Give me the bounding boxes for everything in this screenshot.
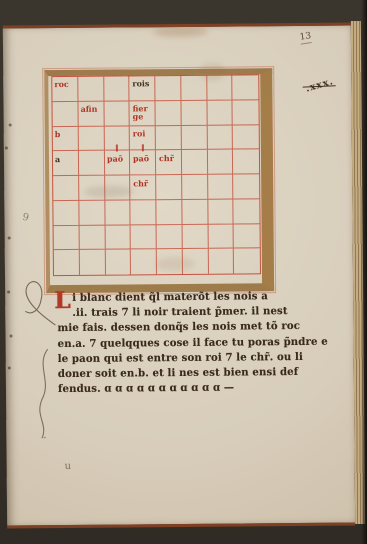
book-photograph: 13 .xxx. 9 L u rocroisafinfier gebroiapa… (0, 0, 367, 544)
piece-label: b (55, 131, 61, 139)
gutter-speck (8, 366, 11, 369)
piece-label: chr̃ (159, 155, 174, 163)
body-text-line: i blanc dient q̃l materõt les nois a (72, 290, 268, 304)
piece-label: a (55, 156, 60, 164)
board-cell (104, 76, 130, 101)
board-cell (78, 126, 104, 151)
board-cell (155, 101, 181, 126)
board-cell (181, 76, 207, 101)
board-cell (182, 150, 208, 175)
board-cell (181, 100, 207, 125)
piece-label: paō (107, 155, 123, 163)
board-cell (131, 249, 157, 274)
board-cell (79, 151, 105, 176)
board-cell (234, 249, 260, 274)
piece-label: roc (54, 81, 68, 89)
folio-number: 13 (299, 31, 312, 45)
body-text-line: en.a. 7 quelqques cose il face tu poras … (58, 336, 328, 350)
board-cell (54, 225, 80, 250)
gutter-speck (9, 123, 12, 126)
gutter-speck (5, 146, 8, 149)
board-cell (208, 199, 234, 224)
piece-label: chr̃ (133, 180, 148, 188)
decorated-initial: L (54, 289, 70, 312)
board-cell (80, 250, 106, 275)
gutter-speck (10, 334, 13, 337)
pencil-mark: u (65, 461, 72, 472)
board-cell (157, 224, 183, 249)
board-cell (234, 199, 260, 224)
margin-numeral: 9 (21, 212, 29, 224)
piece-label: fier ge (133, 105, 148, 120)
board-cell (79, 200, 105, 225)
board-cell (79, 225, 105, 250)
board-cell (233, 100, 259, 125)
board-cell (155, 76, 181, 101)
pen-flourish (11, 253, 61, 438)
board-cell (181, 125, 207, 150)
quire-mark: .xxx. (304, 76, 335, 95)
board-cell (131, 225, 157, 250)
board-cell (233, 150, 259, 175)
binding-shadow (361, 0, 367, 544)
board-cell (207, 150, 233, 175)
board-cell (182, 224, 208, 249)
body-text-line: fendus. ɑ ɑ ɑ ɑ ɑ ɑ ɑ ɑ ɑ ɑ ɑ — (58, 382, 234, 396)
board-cell (53, 201, 79, 226)
board-cell (208, 175, 234, 200)
piece-label: roi (133, 130, 146, 138)
board-cell (233, 125, 259, 150)
gutter-speck (7, 290, 10, 293)
board-cell (105, 250, 131, 275)
board-cell (208, 224, 234, 249)
board-cell (131, 200, 157, 225)
body-text-line: .ii. trais 7 li noir traient p̃mer. il n… (72, 305, 287, 319)
board-cell (52, 102, 78, 127)
board-cell (233, 174, 259, 199)
board-cell (105, 200, 131, 225)
gutter-speck (8, 236, 11, 239)
grid-tick-mark (116, 145, 118, 152)
board-cell (234, 224, 260, 249)
board-cell (182, 175, 208, 200)
board-cell (156, 125, 182, 150)
piece-label: paō (133, 155, 149, 163)
board-cell (78, 77, 104, 102)
body-text-line: doner soit en.b. et li nes est bien ensi… (58, 366, 298, 380)
board-cell (53, 176, 79, 201)
piece-label: afin (81, 106, 98, 114)
piece-label: rois (132, 80, 149, 88)
body-text-line: mie fais. dessen donq̃s les nois met tõ … (57, 320, 300, 334)
board-cell (207, 125, 233, 150)
body-text-line: le paon qui est entre son roi 7 le chr̃.… (58, 351, 303, 365)
board-cell (207, 100, 233, 125)
board-cell (156, 175, 182, 200)
board-cell (105, 225, 131, 250)
board-cell (104, 101, 130, 126)
board-cell (208, 249, 234, 274)
board-cell (182, 199, 208, 224)
parchment-stain (153, 27, 208, 37)
manuscript-page: 13 .xxx. 9 L u rocroisafinfier gebroiapa… (3, 22, 355, 528)
board-cell (233, 75, 259, 100)
grid-tick-mark (142, 144, 144, 151)
board-cell (156, 200, 182, 225)
